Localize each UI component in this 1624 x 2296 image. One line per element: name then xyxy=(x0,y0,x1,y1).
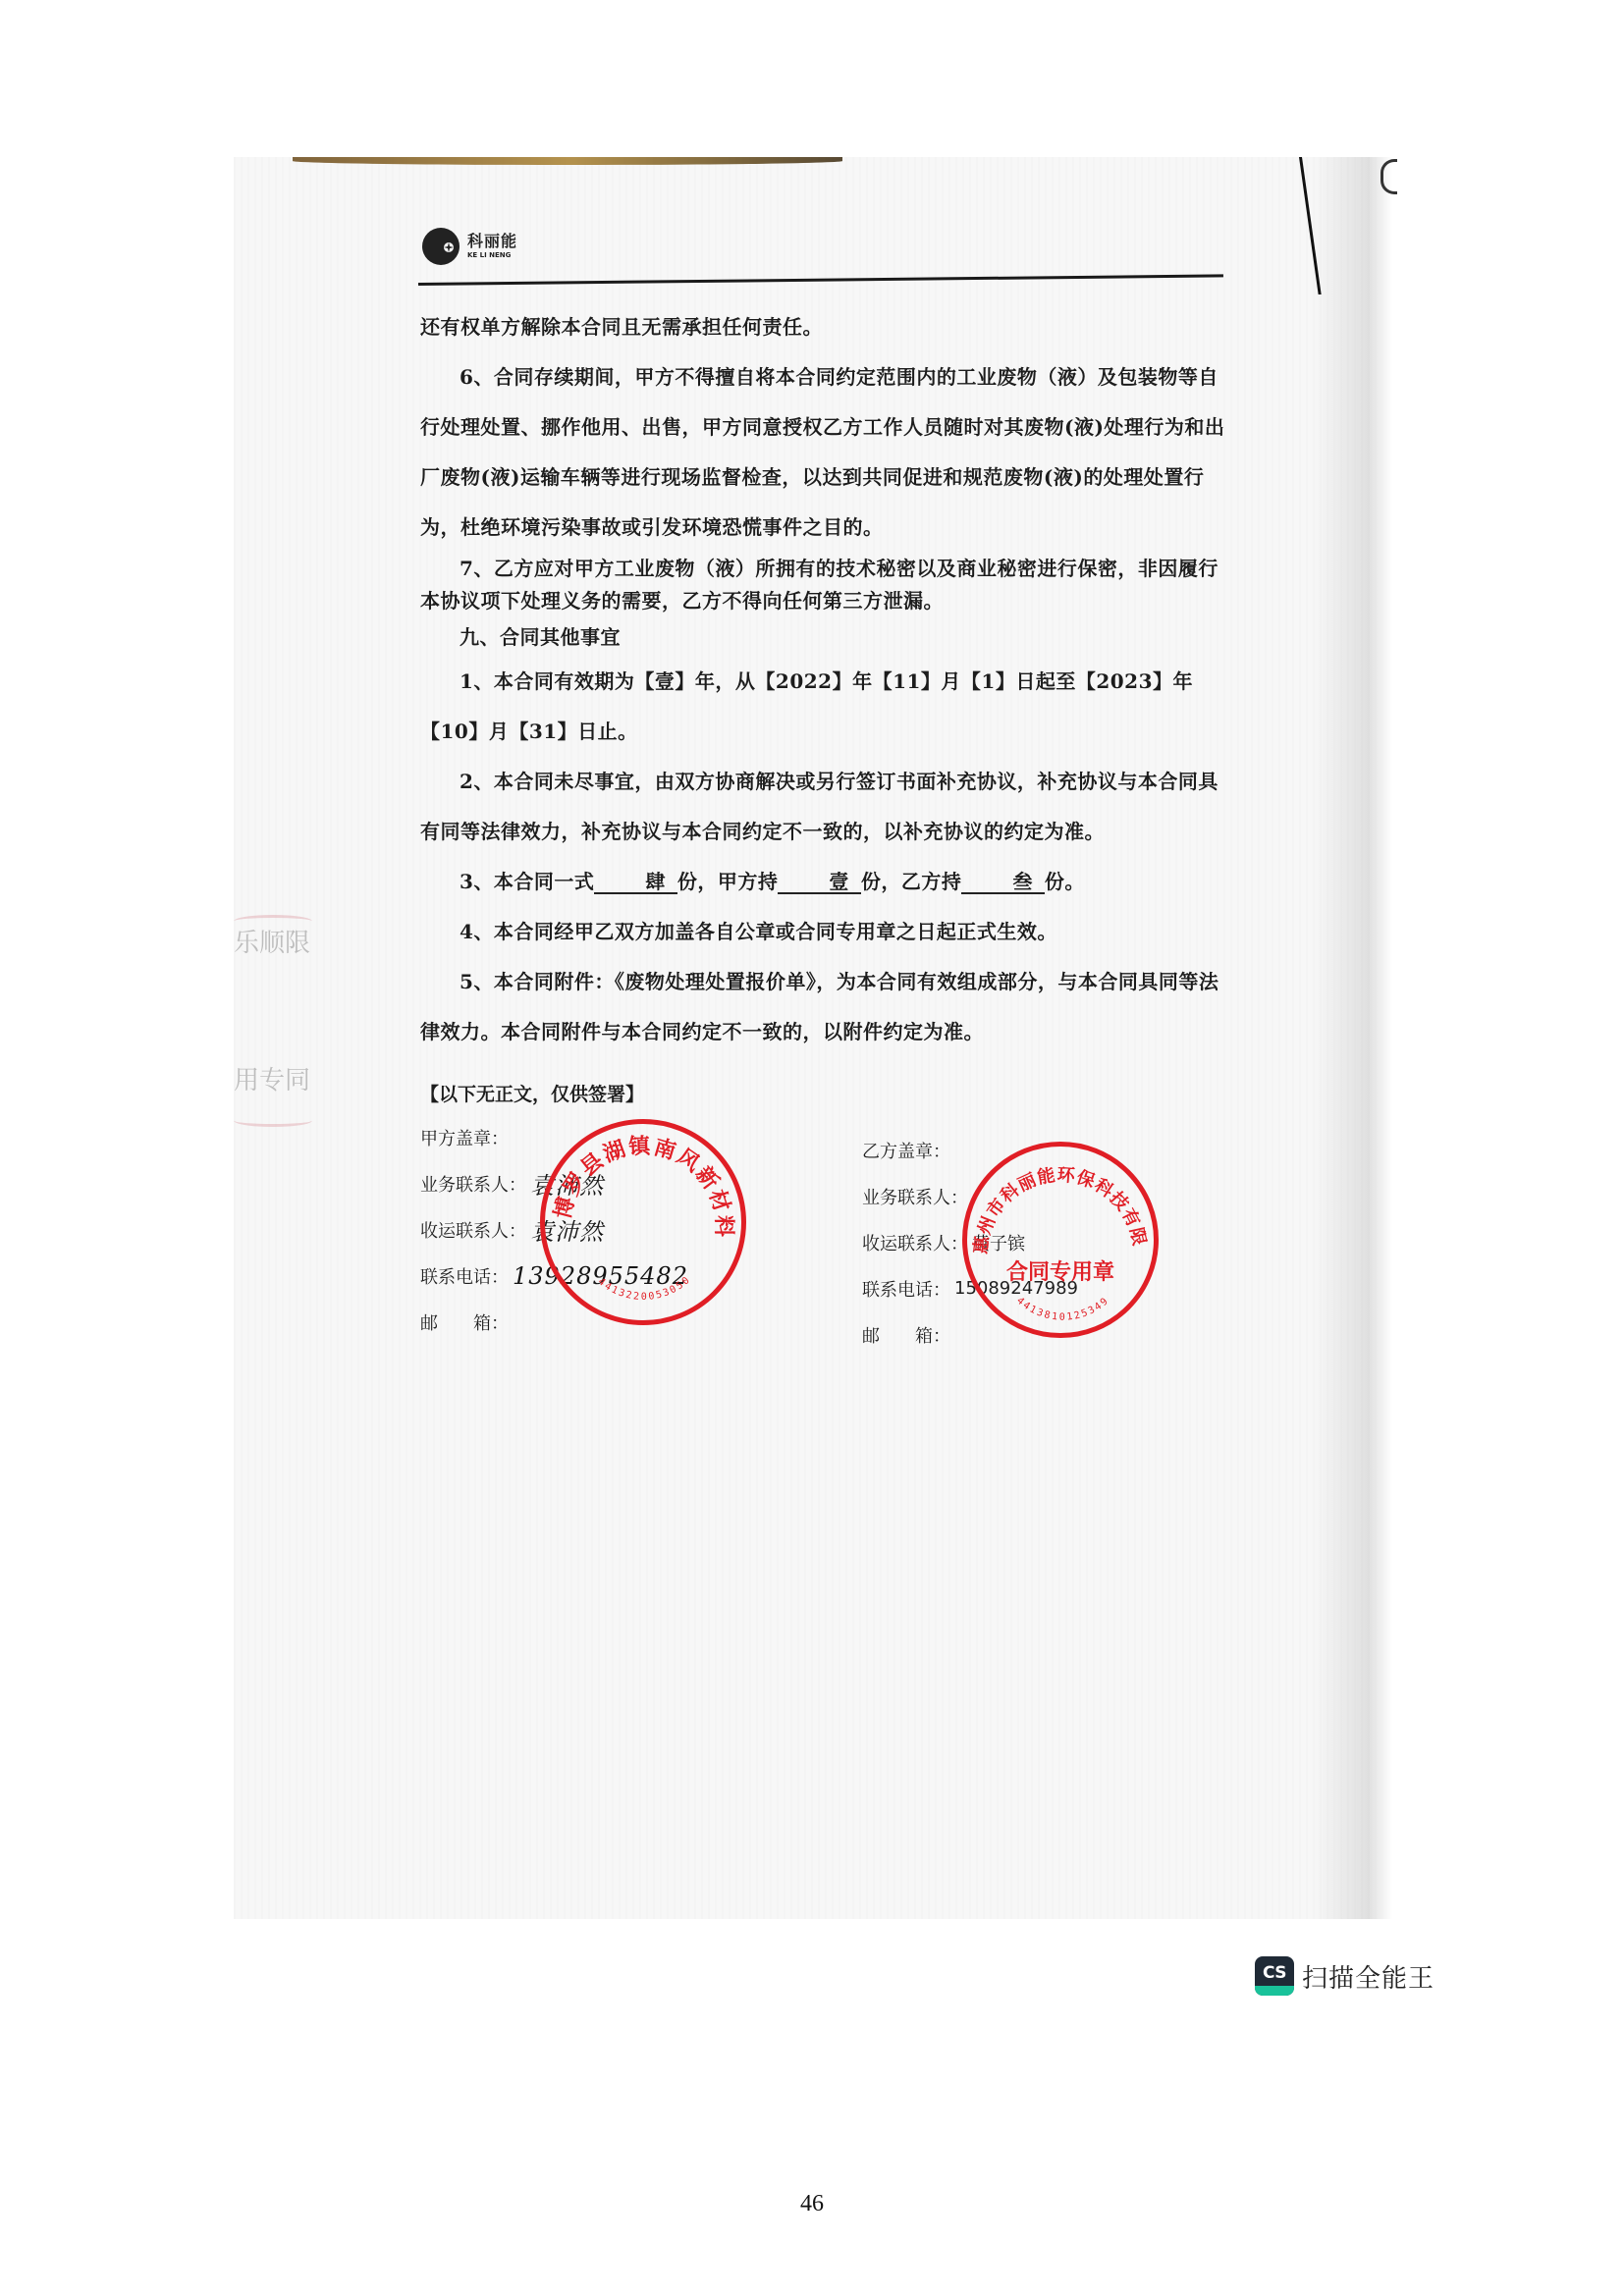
camscanner-icon-text: CS xyxy=(1263,1963,1286,1983)
svg-text:博罗县湖镇南风新材料厂: 博罗县湖镇南风新材料厂 xyxy=(540,1119,735,1239)
faint-seal-bottom-text: 用专同 xyxy=(234,1060,310,1096)
camscanner-logo-icon: CS xyxy=(1255,1956,1294,1996)
copies-party-a: 壹 xyxy=(778,871,861,894)
svg-text:惠州市科丽能环保科技有限公司: 惠州市科丽能环保科技有限公司 xyxy=(962,1142,1150,1255)
svg-text:合同专用章: 合同专用章 xyxy=(1006,1259,1114,1285)
party-b-phone-label: 联系电话： xyxy=(862,1276,950,1302)
party-b-transport-contact-label: 收运联系人： xyxy=(862,1230,968,1255)
faint-seal-top-text: 乐顺限 xyxy=(234,923,310,959)
camscanner-watermark: CS 扫描全能王 xyxy=(1255,1956,1435,1996)
clause-3-mid2: 份，乙方持 xyxy=(861,870,962,893)
copies-total: 肆 xyxy=(594,871,677,894)
party-b-business-contact-label: 业务联系人： xyxy=(862,1184,968,1209)
seal-ring-icon: 惠州市科丽能环保科技有限公司 合同专用章 4413810125349 xyxy=(962,1142,1159,1338)
party-a-seal-label: 甲方盖章： xyxy=(420,1125,509,1150)
party-b-email-label: 邮 箱： xyxy=(862,1322,950,1348)
clause-7: 7、乙方应对甲方工业废物（液）所拥有的技术秘密以及商业秘密进行保密，非因履行本协… xyxy=(420,553,1235,617)
scan-right-shadow xyxy=(1314,157,1392,1919)
logo-chinese-name: 科丽能 xyxy=(467,234,517,249)
section-9-clause-3: 3、本合同一式肆份，甲方持壹份，乙方持叁份。 xyxy=(420,857,1235,907)
section-9-clause-4: 4、本合同经甲乙双方加盖各自公章或合同专用章之日起正式生效。 xyxy=(420,907,1235,957)
logo-english-name: KE LI NENG xyxy=(467,252,517,259)
party-a-business-contact-label: 业务联系人： xyxy=(420,1171,526,1197)
signature-note: 【以下无正文，仅供签署】 xyxy=(420,1080,644,1106)
scan-top-edge-shadow xyxy=(293,157,842,165)
contract-body: 还有权单方解除本合同且无需承担任何责任。 6、合同存续期间，甲方不得擅自将本合同… xyxy=(420,302,1235,1057)
keli-logo-icon xyxy=(420,226,461,267)
camscanner-label: 扫描全能王 xyxy=(1302,1958,1435,1995)
scanned-page: 科丽能 KE LI NENG 还有权单方解除本合同且无需承担任何责任。 6、合同… xyxy=(234,157,1392,1919)
seal-star-icon: 博罗县湖镇南风新材料厂 4413220053050 xyxy=(540,1119,746,1325)
clause-6: 6、合同存续期间，甲方不得擅自将本合同约定范围内的工业废物（液）及包装物等自行处… xyxy=(420,352,1235,553)
section-9-clause-2: 2、本合同未尽事宜，由双方协商解决或另行签订书面补充协议，补充协议与本合同具有同… xyxy=(420,757,1235,857)
clause-3-suffix: 份。 xyxy=(1045,870,1085,893)
clause-3-mid1: 份，甲方持 xyxy=(677,870,779,893)
party-a-email-label: 邮 箱： xyxy=(420,1309,509,1335)
party-a-transport-contact-label: 收运联系人： xyxy=(420,1217,526,1243)
party-a-company-seal: 博罗县湖镇南风新材料厂 4413220053050 xyxy=(540,1119,746,1325)
clause-3-prefix: 3、本合同一式 xyxy=(460,870,594,893)
company-logo: 科丽能 KE LI NENG xyxy=(420,226,517,267)
party-b-seal-label: 乙方盖章： xyxy=(862,1138,950,1163)
svg-text:4413220053050: 4413220053050 xyxy=(596,1274,693,1303)
party-a-phone-label: 联系电话： xyxy=(420,1263,509,1289)
party-b-contract-seal: 惠州市科丽能环保科技有限公司 合同专用章 4413810125349 xyxy=(962,1142,1159,1338)
section-9-title: 九、合同其他事宜 xyxy=(420,617,1235,657)
page-number: 46 xyxy=(0,2191,1624,2217)
faint-seal-bleedthrough: 乐顺限 用专同 xyxy=(234,923,312,1139)
copies-party-b: 叁 xyxy=(961,871,1045,894)
svg-text:4413810125349: 4413810125349 xyxy=(1014,1295,1111,1322)
section-9-clause-5: 5、本合同附件：《废物处理处置报价单》，为本合同有效组成部分，与本合同具同等法律… xyxy=(420,957,1235,1057)
section-9-clause-1: 1、本合同有效期为【壹】年，从【2022】年【11】月【1】日起至【2023】年… xyxy=(420,657,1235,757)
header-divider xyxy=(418,274,1223,286)
paragraph-continuation: 还有权单方解除本合同且无需承担任何责任。 xyxy=(420,302,1235,352)
binder-clip-icon xyxy=(1380,159,1397,194)
